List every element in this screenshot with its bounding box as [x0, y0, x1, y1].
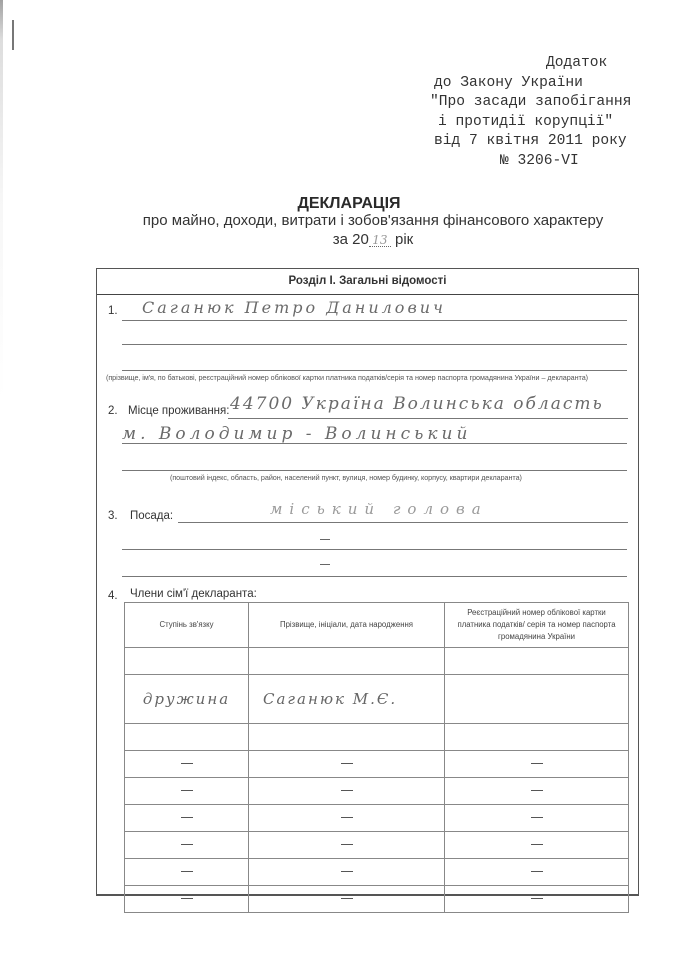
- table-header-row: Ступінь зв'язку Прізвище, ініціали, дата…: [125, 603, 629, 648]
- dash-mark: [181, 817, 193, 818]
- fill-line: [178, 522, 628, 523]
- table-row: дружина Саганюк М.Є.: [125, 675, 629, 724]
- dash-mark: [531, 790, 543, 791]
- dash-mark: [181, 898, 193, 899]
- cell-relation: [125, 859, 249, 886]
- annex-reference: Додаток до Закону України "Про засади за…: [420, 54, 680, 171]
- fill-line: [122, 344, 627, 345]
- item-4-label: Члени сім'ї декларанта:: [130, 588, 257, 600]
- cell-name: [249, 886, 445, 913]
- dash-mark: [531, 763, 543, 764]
- cell-name: [249, 778, 445, 805]
- fill-line: [122, 370, 627, 371]
- annex-line: і протидії корупції": [420, 113, 680, 133]
- dash-mark: [341, 844, 353, 845]
- margin-mark: [12, 20, 14, 50]
- year-suffix: рік: [395, 231, 413, 248]
- cell-tax-id: [445, 724, 629, 751]
- dash-mark: [320, 539, 330, 540]
- declarant-name-handwritten: Саганюк Петро Данилович: [142, 298, 446, 317]
- cell-tax-id: [445, 751, 629, 778]
- cell-name: [249, 832, 445, 859]
- table-row: [125, 648, 629, 675]
- cell-tax-id: [445, 886, 629, 913]
- fill-line: [122, 320, 627, 321]
- cell-tax-id: [445, 675, 629, 724]
- cell-tax-id: [445, 648, 629, 675]
- cell-tax-id: [445, 778, 629, 805]
- family-members-table: Ступінь зв'язку Прізвище, ініціали, дата…: [124, 602, 629, 913]
- cell-relation: [125, 724, 249, 751]
- fill-line: [122, 576, 627, 577]
- section-title: Розділ І. Загальні відомості: [97, 269, 638, 295]
- address-handwritten-line1: 44700 Україна Волинська область: [230, 394, 604, 414]
- document-title: ДЕКЛАРАЦІЯ: [0, 195, 698, 213]
- column-header-relation: Ступінь зв'язку: [125, 603, 249, 648]
- item-2-hint: (поштовий індекс, область, район, населе…: [170, 473, 522, 482]
- name-handwritten: Саганюк М.Є.: [263, 690, 397, 708]
- declaration-year: за 2013 рік: [0, 231, 698, 248]
- fill-line: [122, 470, 627, 471]
- cell-tax-id: [445, 859, 629, 886]
- dash-mark: [181, 871, 193, 872]
- item-2-number: 2.: [108, 405, 118, 417]
- dash-mark: [181, 790, 193, 791]
- document-subtitle: про майно, доходи, витрати і зобов'язанн…: [0, 212, 698, 229]
- table-row: [125, 778, 629, 805]
- fill-line: [122, 549, 627, 550]
- item-1-hint: (прізвище, ім'я, по батькові, реєстрацій…: [106, 373, 588, 382]
- dash-mark: [341, 790, 353, 791]
- table-row: [125, 805, 629, 832]
- address-handwritten-line2: м. Володимир - Волинський: [122, 424, 471, 444]
- cell-name: [249, 751, 445, 778]
- annex-line: від 7 квітня 2011 року: [420, 132, 680, 152]
- cell-relation: [125, 648, 249, 675]
- annex-line: "Про засади запобігання: [420, 93, 680, 113]
- dash-mark: [181, 763, 193, 764]
- table-row: [125, 724, 629, 751]
- cell-relation: [125, 805, 249, 832]
- dash-mark: [531, 898, 543, 899]
- table-row: [125, 886, 629, 913]
- item-1-number: 1.: [108, 305, 118, 317]
- annex-line: до Закону України: [420, 74, 680, 94]
- cell-name: [249, 805, 445, 832]
- cell-relation: дружина: [125, 675, 249, 724]
- cell-tax-id: [445, 832, 629, 859]
- dash-mark: [341, 817, 353, 818]
- table-row: [125, 832, 629, 859]
- column-header-tax-id: Реєстраційний номер облікової картки пла…: [445, 603, 629, 648]
- cell-relation: [125, 886, 249, 913]
- position-handwritten: міський голова: [270, 500, 488, 518]
- year-handwritten: 13: [369, 234, 391, 247]
- cell-name: [249, 648, 445, 675]
- dash-mark: [181, 844, 193, 845]
- cell-name: [249, 859, 445, 886]
- dash-mark: [320, 564, 330, 565]
- annex-line: № 3206-VI: [420, 152, 680, 172]
- dash-mark: [531, 871, 543, 872]
- cell-relation: [125, 778, 249, 805]
- column-header-name: Прізвище, ініціали, дата народження: [249, 603, 445, 648]
- annex-line: Додаток: [420, 54, 680, 74]
- cell-tax-id: [445, 805, 629, 832]
- item-3-label: Посада:: [130, 510, 173, 522]
- item-3-number: 3.: [108, 510, 118, 522]
- dash-mark: [531, 844, 543, 845]
- year-prefix: за 20: [333, 231, 369, 248]
- cell-relation: [125, 832, 249, 859]
- dash-mark: [341, 871, 353, 872]
- dash-mark: [341, 763, 353, 764]
- cell-name: [249, 724, 445, 751]
- item-2-label: Місце проживання:: [128, 405, 229, 417]
- fill-line: [228, 418, 628, 419]
- cell-relation: [125, 751, 249, 778]
- cell-name: Саганюк М.Є.: [249, 675, 445, 724]
- relation-handwritten: дружина: [143, 690, 230, 708]
- scan-edge: [0, 0, 3, 960]
- table-row: [125, 859, 629, 886]
- item-4-number: 4.: [108, 590, 118, 602]
- dash-mark: [341, 898, 353, 899]
- fill-line: [122, 443, 627, 444]
- table-row: [125, 751, 629, 778]
- dash-mark: [531, 817, 543, 818]
